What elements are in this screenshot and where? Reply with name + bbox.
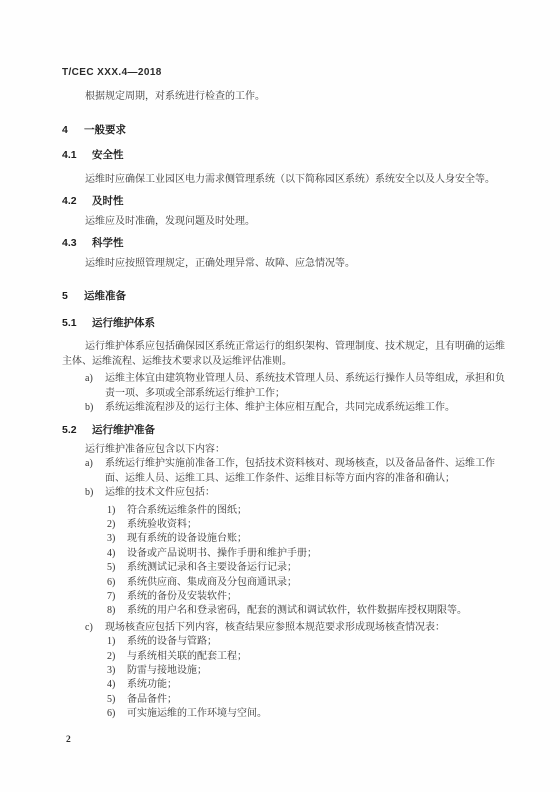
- sub-list-item-marker: 2): [107, 518, 115, 532]
- sub-list-item-marker: 2): [107, 650, 115, 664]
- sub-list-item: 8) 系统的用户名和登录密码，配套的测试和调试软件，软件数据库授权期限等。: [62, 604, 506, 618]
- subsection-4-3-title: 科学性: [92, 237, 124, 249]
- section-4-heading: 4一般要求: [62, 123, 506, 137]
- subsection-4-1-heading: 4.1安全性: [62, 148, 506, 162]
- list-item: b) 运维的技术文件应包括：: [62, 486, 506, 500]
- section-4-title: 一般要求: [84, 124, 126, 136]
- list-item-text: 系统运行维护实施前准备工作，包括技术资料核对、现场核查，以及备品备件、运维工作面…: [105, 458, 495, 483]
- sub-list-item-text: 符合系统运维条件的图纸；: [127, 505, 247, 516]
- sub-list-item: 4) 设备或产品说明书、操作手册和维护手册；: [62, 547, 506, 561]
- document-page: T/CEC XXX.4—2018 根据规定周期，对系统进行检查的工作。 4一般要…: [0, 0, 560, 792]
- subsection-4-3-paragraph: 运维时应按照管理规定，正确处理异常、故障、应急情况等。: [62, 257, 506, 271]
- sub-list-item: 1) 系统的设备与管路；: [62, 635, 506, 649]
- sub-list-item: 2) 与系统相关联的配套工程；: [62, 650, 506, 664]
- subsection-5-2-heading: 5.2运行维护准备: [62, 423, 506, 437]
- list-item-marker: a): [85, 372, 93, 386]
- list-item: c) 现场核查应包括下列内容，核查结果应参照本规范要求形成现场核查情况表：: [62, 621, 506, 635]
- sub-list-item-marker: 5): [107, 561, 115, 575]
- list-item-marker: b): [85, 486, 93, 500]
- subsection-5-2-paragraph: 运行维护准备应包含以下内容：: [62, 443, 506, 457]
- subsection-4-2-paragraph: 运维应及时准确，发现问题及时处理。: [62, 215, 506, 229]
- section-5-heading: 5运维准备: [62, 289, 506, 303]
- sub-list-item-marker: 6): [107, 576, 115, 590]
- list-item: a) 系统运行维护实施前准备工作，包括技术资料核对、现场核查，以及备品备件、运维…: [62, 457, 506, 486]
- subsection-5-2-title: 运行维护准备: [92, 424, 155, 436]
- section-5-number: 5: [62, 289, 84, 303]
- subsection-4-1-paragraph: 运维时应确保工业园区电力需求侧管理系统（以下简称园区系统）系统安全以及人身安全等…: [62, 173, 506, 187]
- sub-list-item: 7) 系统的备份及安装软件；: [62, 590, 506, 604]
- subsection-4-1-number: 4.1: [62, 148, 92, 162]
- list-item-text: 运维主体宜由建筑物业管理人员、系统技术管理人员、系统运行操作人员等组成，承担和负…: [105, 373, 505, 398]
- intro-paragraph: 根据规定周期，对系统进行检查的工作。: [62, 90, 506, 104]
- sub-list-item: 6) 系统供应商、集成商及分包商通讯录；: [62, 576, 506, 590]
- sub-list-item: 6) 可实施运维的工作环境与空间。: [62, 707, 506, 721]
- list-item-text: 现场核查应包括下列内容，核查结果应参照本规范要求形成现场核查情况表：: [105, 622, 445, 633]
- sub-list-item-text: 与系统相关联的配套工程；: [127, 651, 247, 662]
- sub-list-item-marker: 1): [107, 504, 115, 518]
- subsection-5-1-heading: 5.1运行维护体系: [62, 316, 506, 330]
- list-item-text: 运维的技术文件应包括：: [105, 487, 215, 498]
- sub-list-item-marker: 6): [107, 707, 115, 721]
- list-item-marker: b): [85, 401, 93, 415]
- sub-list-item-marker: 4): [107, 547, 115, 561]
- sub-list-item-text: 系统验收资料；: [127, 519, 197, 530]
- subsection-5-2-number: 5.2: [62, 423, 92, 437]
- doc-code-header: T/CEC XXX.4—2018: [62, 66, 506, 80]
- subsection-4-3-heading: 4.3科学性: [62, 236, 506, 250]
- subsection-4-2-number: 4.2: [62, 194, 92, 208]
- list-item-marker: a): [85, 457, 93, 471]
- subsection-4-2-title: 及时性: [92, 195, 124, 207]
- sub-list-item: 3) 现有系统的设备设施台账；: [62, 532, 506, 546]
- sub-list-item-marker: 5): [107, 693, 115, 707]
- sub-list-item: 3) 防雷与接地设施；: [62, 664, 506, 678]
- sub-list-item-text: 系统的用户名和登录密码，配套的测试和调试软件，软件数据库授权期限等。: [127, 605, 467, 616]
- sub-list-item-text: 现有系统的设备设施台账；: [127, 533, 247, 544]
- list-item-text: 系统运维流程涉及的运行主体、维护主体应相互配合，共同完成系统运维工作。: [105, 402, 455, 413]
- sub-list-item-text: 系统供应商、集成商及分包商通讯录；: [127, 577, 297, 588]
- sub-list-item: 5) 系统测试记录和各主要设备运行记录；: [62, 561, 506, 575]
- sub-list-item: 1) 符合系统运维条件的图纸；: [62, 504, 506, 518]
- sub-list-item-text: 系统的设备与管路；: [127, 636, 217, 647]
- sub-list-item-text: 可实施运维的工作环境与空间。: [127, 708, 267, 719]
- sub-list-item-text: 系统测试记录和各主要设备运行记录；: [127, 562, 297, 573]
- list-item: a) 运维主体宜由建筑物业管理人员、系统技术管理人员、系统运行操作人员等组成，承…: [62, 372, 506, 401]
- subsection-5-1-title: 运行维护体系: [92, 317, 155, 329]
- sub-list-item-marker: 8): [107, 604, 115, 618]
- sub-list-item-text: 防雷与接地设施；: [127, 665, 207, 676]
- page-number: 2: [66, 733, 71, 747]
- sub-list-item-text: 系统的备份及安装软件；: [127, 591, 237, 602]
- sub-list-item-marker: 4): [107, 678, 115, 692]
- list-item-marker: c): [85, 621, 93, 635]
- sub-list-item-marker: 1): [107, 635, 115, 649]
- sub-list-item-text: 系统功能；: [127, 679, 177, 690]
- subsection-4-2-heading: 4.2及时性: [62, 194, 506, 208]
- sub-list-item-marker: 7): [107, 590, 115, 604]
- sub-list-item: 4) 系统功能；: [62, 678, 506, 692]
- sub-list-item: 5) 备品备件；: [62, 693, 506, 707]
- sub-list-item: 2) 系统验收资料；: [62, 518, 506, 532]
- section-5-title: 运维准备: [84, 290, 126, 302]
- sub-list-item-marker: 3): [107, 664, 115, 678]
- sub-list-item-text: 设备或产品说明书、操作手册和维护手册；: [127, 548, 317, 559]
- subsection-5-1-paragraph: 运行维护体系应包括确保园区系统正常运行的组织架构、管理制度、技术规定，且有明确的…: [62, 340, 506, 369]
- sub-list-item-text: 备品备件；: [127, 694, 177, 705]
- subsection-4-1-title: 安全性: [92, 149, 124, 161]
- list-item: b) 系统运维流程涉及的运行主体、维护主体应相互配合，共同完成系统运维工作。: [62, 401, 506, 415]
- section-4-number: 4: [62, 123, 84, 137]
- subsection-5-1-number: 5.1: [62, 316, 92, 330]
- sub-list-item-marker: 3): [107, 532, 115, 546]
- subsection-4-3-number: 4.3: [62, 236, 92, 250]
